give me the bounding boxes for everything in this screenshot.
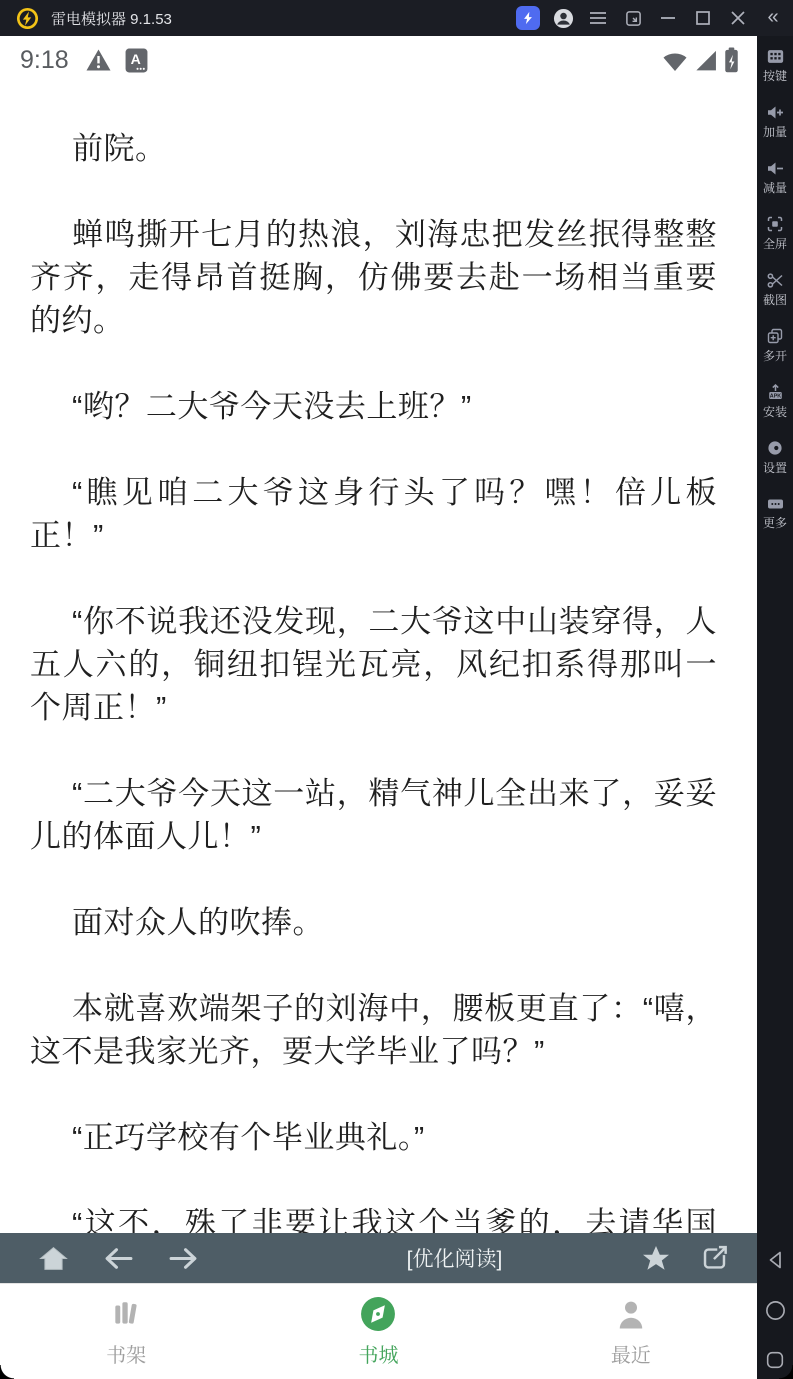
window-corner bbox=[0, 1365, 14, 1379]
home-icon[interactable] bbox=[36, 1240, 70, 1276]
tab-recent[interactable]: 最近 bbox=[505, 1284, 757, 1379]
menu-icon[interactable] bbox=[586, 6, 610, 30]
star-icon[interactable] bbox=[639, 1240, 673, 1276]
recent-person-icon bbox=[616, 1296, 646, 1332]
paragraph: 本就喜欢端架子的刘海中，腰板更直了：“嘻，这不是我家光齐，要大学毕业了吗？” bbox=[30, 987, 717, 1073]
collapse-sidebar-icon[interactable]: « bbox=[761, 6, 785, 30]
paragraph: “瞧见咱二大爷这身行头了吗？嘿！倍儿板正！” bbox=[30, 471, 717, 557]
paragraph: “哟？二大爷今天没去上班？” bbox=[30, 385, 717, 428]
sidebar-item-more[interactable]: 更多 bbox=[757, 486, 793, 542]
ime-a-icon: A bbox=[125, 48, 148, 73]
paragraph: 面对众人的吹捧。 bbox=[30, 901, 717, 944]
ldplayer-logo-icon bbox=[16, 7, 39, 30]
paragraph: “这不，殊了非要让我这个当爹的，去请华国 bbox=[30, 1202, 717, 1233]
wifi-icon bbox=[662, 49, 688, 72]
paragraph: “二大爷今天这一站，精气神儿全出来了，妥妥儿的体面人儿！” bbox=[30, 772, 717, 858]
settings-icon bbox=[767, 440, 783, 456]
back-arrow-icon[interactable] bbox=[101, 1240, 135, 1276]
clock: 9:18 bbox=[20, 46, 69, 75]
share-icon[interactable] bbox=[697, 1240, 731, 1276]
sidebar-item-multi-instance[interactable]: 多开 bbox=[757, 318, 793, 374]
close-icon[interactable] bbox=[726, 6, 750, 30]
titlebar[interactable]: 雷电模拟器 9.1.53 « bbox=[0, 0, 793, 36]
boost-lightning-icon[interactable] bbox=[516, 6, 540, 30]
screenshot-scissors-icon bbox=[767, 273, 784, 288]
more-icon bbox=[767, 497, 784, 511]
sidebar-item-volume-down[interactable]: 减量 bbox=[757, 150, 793, 206]
window-corner bbox=[779, 1365, 793, 1379]
account-icon[interactable] bbox=[551, 6, 575, 30]
sidebar-item-volume-up[interactable]: 加量 bbox=[757, 94, 793, 150]
volume-up-icon bbox=[767, 105, 784, 120]
tab-bookstore[interactable]: 书城 bbox=[252, 1284, 504, 1379]
android-statusbar: 9:18 A bbox=[0, 36, 757, 84]
window-title: 雷电模拟器 9.1.53 bbox=[51, 8, 516, 29]
tab-bookshelf[interactable]: 书架 bbox=[0, 1284, 252, 1379]
emulator-window: 雷电模拟器 9.1.53 « bbox=[0, 0, 793, 1379]
app-tabbar: 书架 书城 最近 bbox=[0, 1283, 757, 1379]
window-controls: « bbox=[516, 6, 785, 30]
install-apk-icon: APK bbox=[767, 384, 784, 400]
signal-icon bbox=[694, 49, 718, 72]
android-screen: 9:18 A 前院。 蝉鸣撕开七月的热浪，刘海忠把发 bbox=[0, 36, 757, 1379]
bookstore-compass-icon bbox=[360, 1296, 396, 1332]
reader-toolbar: [优化阅读] bbox=[0, 1233, 757, 1283]
sidebar-item-keymapping[interactable]: 按键 bbox=[757, 38, 793, 94]
multi-instance-icon bbox=[767, 328, 783, 344]
paragraph: 前院。 bbox=[30, 127, 717, 170]
svg-text:APK: APK bbox=[769, 393, 780, 399]
svg-text:A: A bbox=[130, 51, 140, 67]
sidebar-item-settings[interactable]: 设置 bbox=[757, 430, 793, 486]
android-nav-buttons bbox=[757, 1248, 793, 1371]
sidebar-item-screenshot[interactable]: 截图 bbox=[757, 262, 793, 318]
warning-icon bbox=[85, 48, 112, 72]
sidebar-item-fullscreen[interactable]: 全屏 bbox=[757, 206, 793, 262]
paragraph: “正巧学校有个毕业典礼。” bbox=[30, 1116, 717, 1159]
paragraph: 蝉鸣撕开七月的热浪，刘海忠把发丝抿得整整齐齐，走得昂首挺胸，仿佛要去赴一场相当重… bbox=[30, 213, 717, 342]
battery-charging-icon bbox=[724, 47, 739, 73]
android-home-icon[interactable] bbox=[764, 1299, 787, 1322]
bookshelf-icon bbox=[110, 1296, 142, 1332]
forward-arrow-icon[interactable] bbox=[166, 1240, 200, 1276]
fullscreen-icon bbox=[767, 216, 783, 232]
minimize-icon[interactable] bbox=[656, 6, 680, 30]
window-size-icon[interactable] bbox=[621, 6, 645, 30]
paragraph: “你不说我还没发现，二大爷这中山装穿得，人五人六的，铜纽扣锃光瓦亮，风纪扣系得那… bbox=[30, 600, 717, 729]
sidebar-item-install[interactable]: APK 安装 bbox=[757, 374, 793, 430]
maximize-icon[interactable] bbox=[691, 6, 715, 30]
emulator-sidebar: 按键 加量 减量 全屏 截图 bbox=[757, 36, 793, 1379]
volume-down-icon bbox=[767, 161, 784, 176]
android-back-icon[interactable] bbox=[764, 1248, 786, 1272]
keymapping-icon bbox=[767, 49, 784, 64]
reader-content[interactable]: 前院。 蝉鸣撕开七月的热浪，刘海忠把发丝抿得整整齐齐，走得昂首挺胸，仿佛要去赴一… bbox=[0, 84, 757, 1233]
reader-mode-label[interactable]: [优化阅读] bbox=[200, 1243, 639, 1273]
